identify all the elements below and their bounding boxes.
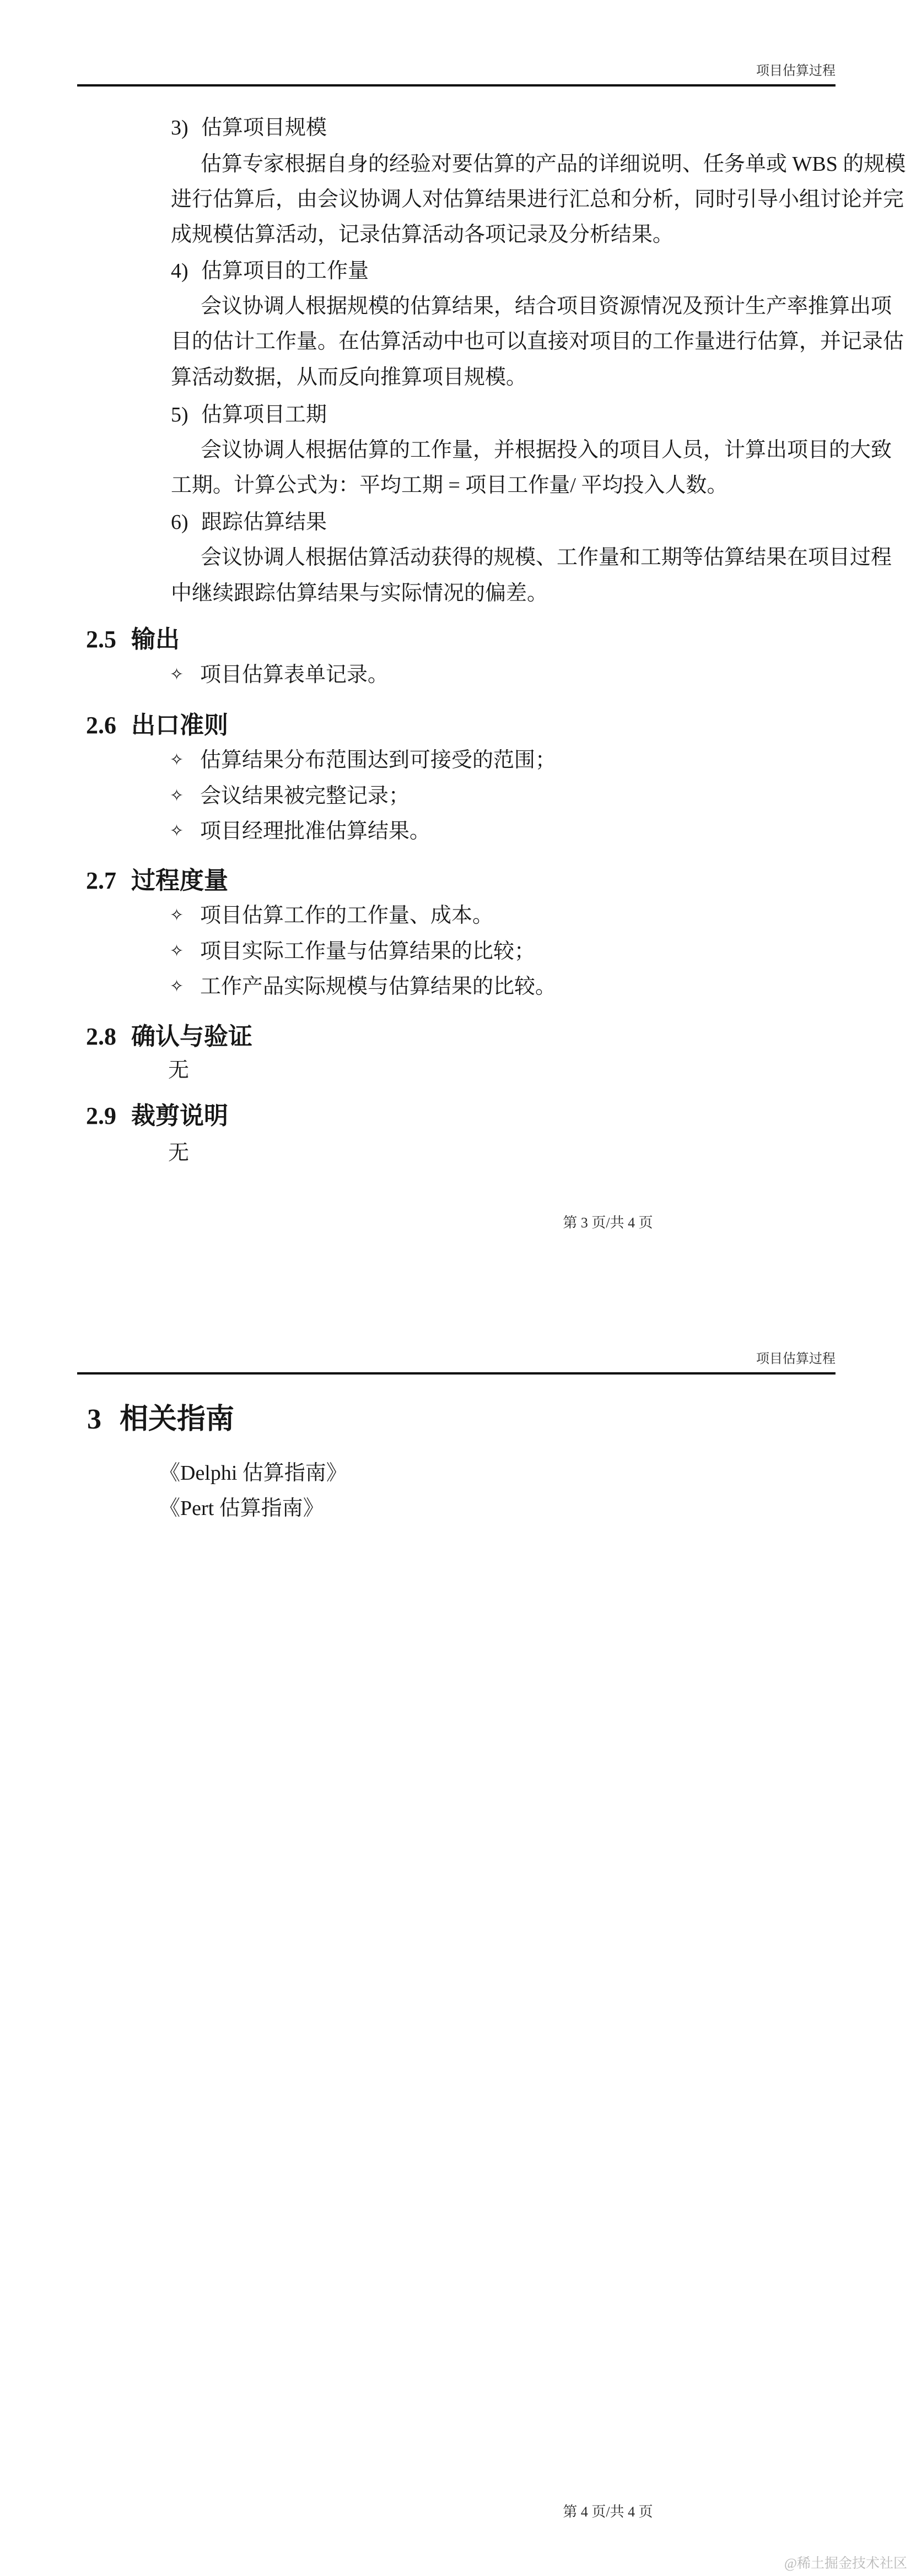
heading-3-title: 相关指南 xyxy=(120,1404,234,1435)
bullet-measure-2: ✧项目实际工作量与估算结果的比较； xyxy=(170,939,535,964)
heading-2-5-title: 输出 xyxy=(131,626,180,653)
list-item-6-label: 跟踪估算结果 xyxy=(201,511,327,534)
heading-2-8-number: 2.8 xyxy=(86,1023,131,1051)
none-text-2-8: 无 xyxy=(168,1058,189,1083)
four-pointed-star-bullet-icon: ✧ xyxy=(170,784,200,808)
page4-header-title: 项目估算过程 xyxy=(77,1351,835,1367)
bullet-exit-3-text: 项目经理批准估算结果。 xyxy=(200,820,430,843)
list-item-3: 3)估算项目规模 xyxy=(171,116,327,140)
bullet-exit-2-text: 会议结果被完整记录； xyxy=(200,784,409,808)
heading-2-8: 2.8确认与验证 xyxy=(86,1023,252,1051)
guide-delphi: 《Delphi 估算指南》 xyxy=(159,1461,347,1485)
page4-header-rule xyxy=(77,1372,835,1374)
four-pointed-star-bullet-icon: ✧ xyxy=(170,939,200,964)
four-pointed-star-bullet-icon: ✧ xyxy=(170,663,200,687)
bullet-output-1: ✧项目估算表单记录。 xyxy=(170,663,389,687)
para3-line3: 成规模估算活动，记录估算活动各项记录及分析结果。 xyxy=(171,223,673,247)
heading-2-5: 2.5输出 xyxy=(86,626,180,653)
heading-3-number: 3 xyxy=(87,1404,120,1436)
bullet-measure-2-text: 项目实际工作量与估算结果的比较； xyxy=(200,940,535,963)
para6-line1: 会议协调人根据估算活动获得的规模、工作量和工期等估算结果在项目过程 xyxy=(171,545,892,570)
juejin-watermark: @稀土掘金技术社区 xyxy=(754,2556,907,2572)
bullet-measure-1-text: 项目估算工作的工作量、成本。 xyxy=(200,904,493,927)
list-item-5: 5)估算项目工期 xyxy=(171,403,327,427)
guide-pert: 《Pert 估算指南》 xyxy=(159,1496,324,1520)
heading-2-7: 2.7过程度量 xyxy=(86,867,228,895)
page4-footer-page-number: 第 4 页/共 4 页 xyxy=(549,2504,667,2520)
bullet-exit-2: ✧会议结果被完整记录； xyxy=(170,784,409,808)
four-pointed-star-bullet-icon: ✧ xyxy=(170,819,200,843)
four-pointed-star-bullet-icon: ✧ xyxy=(170,748,200,772)
heading-2-9-title: 裁剪说明 xyxy=(131,1102,228,1129)
four-pointed-star-bullet-icon: ✧ xyxy=(170,975,200,999)
list-item-3-label: 估算项目规模 xyxy=(201,116,327,139)
list-item-6: 6)跟踪估算结果 xyxy=(171,510,327,534)
para4-line3: 算活动数据，从而反向推算项目规模。 xyxy=(171,365,527,389)
heading-2-9-number: 2.9 xyxy=(86,1102,131,1130)
heading-2-5-number: 2.5 xyxy=(86,626,131,653)
bullet-exit-3: ✧项目经理批准估算结果。 xyxy=(170,819,430,843)
list-item-4-label: 估算项目的工作量 xyxy=(201,259,369,283)
heading-2-7-number: 2.7 xyxy=(86,867,131,895)
bullet-output-1-text: 项目估算表单记录。 xyxy=(200,663,389,686)
page3-footer-page-number: 第 3 页/共 4 页 xyxy=(549,1215,667,1231)
heading-2-9: 2.9裁剪说明 xyxy=(86,1102,228,1130)
list-item-5-label: 估算项目工期 xyxy=(201,403,327,426)
list-item-6-number: 6) xyxy=(171,510,201,534)
list-item-4-number: 4) xyxy=(171,259,201,283)
bullet-exit-1-text: 估算结果分布范围达到可接受的范围； xyxy=(200,749,556,772)
list-item-5-number: 5) xyxy=(171,403,201,427)
heading-2-6-title: 出口准则 xyxy=(131,712,228,739)
para3-line1: 估算专家根据自身的经验对要估算的产品的详细说明、任务单或 WBS 的规模 xyxy=(171,152,905,176)
bullet-measure-1: ✧项目估算工作的工作量、成本。 xyxy=(170,903,493,928)
heading-2-6: 2.6出口准则 xyxy=(86,712,228,739)
bullet-measure-3: ✧工作产品实际规模与估算结果的比较。 xyxy=(170,975,556,999)
bullet-measure-3-text: 工作产品实际规模与估算结果的比较。 xyxy=(200,975,556,998)
para3-line2: 进行估算后，由会议协调人对估算结果进行汇总和分析，同时引导小组讨论并完 xyxy=(171,187,904,212)
para5-line1: 会议协调人根据估算的工作量，并根据投入的项目人员，计算出项目的大致 xyxy=(171,438,892,462)
page3-header-title: 项目估算过程 xyxy=(77,63,835,79)
four-pointed-star-bullet-icon: ✧ xyxy=(170,903,200,928)
bullet-exit-1: ✧估算结果分布范围达到可接受的范围； xyxy=(170,748,556,772)
para4-line2: 目的估计工作量。在估算活动中也可以直接对项目的工作量进行估算，并记录估 xyxy=(171,329,904,354)
heading-2-7-title: 过程度量 xyxy=(131,867,228,894)
heading-2-6-number: 2.6 xyxy=(86,712,131,739)
heading-3: 3相关指南 xyxy=(87,1404,234,1436)
heading-2-8-title: 确认与验证 xyxy=(131,1023,252,1050)
para5-line2: 工期。计算公式为：平均工期 = 项目工作量/ 平均投入人数。 xyxy=(171,473,728,497)
page3-header-rule xyxy=(77,84,835,86)
para4-line1: 会议协调人根据规模的估算结果，结合项目资源情况及预计生产率推算出项 xyxy=(171,294,892,318)
document-canvas: 项目估算过程 3)估算项目规模 估算专家根据自身的经验对要估算的产品的详细说明、… xyxy=(0,0,911,2576)
para6-line2: 中继续跟踪估算结果与实际情况的偏差。 xyxy=(171,581,548,605)
none-text-2-9: 无 xyxy=(168,1141,189,1165)
list-item-4: 4)估算项目的工作量 xyxy=(171,259,369,283)
list-item-3-number: 3) xyxy=(171,116,201,140)
